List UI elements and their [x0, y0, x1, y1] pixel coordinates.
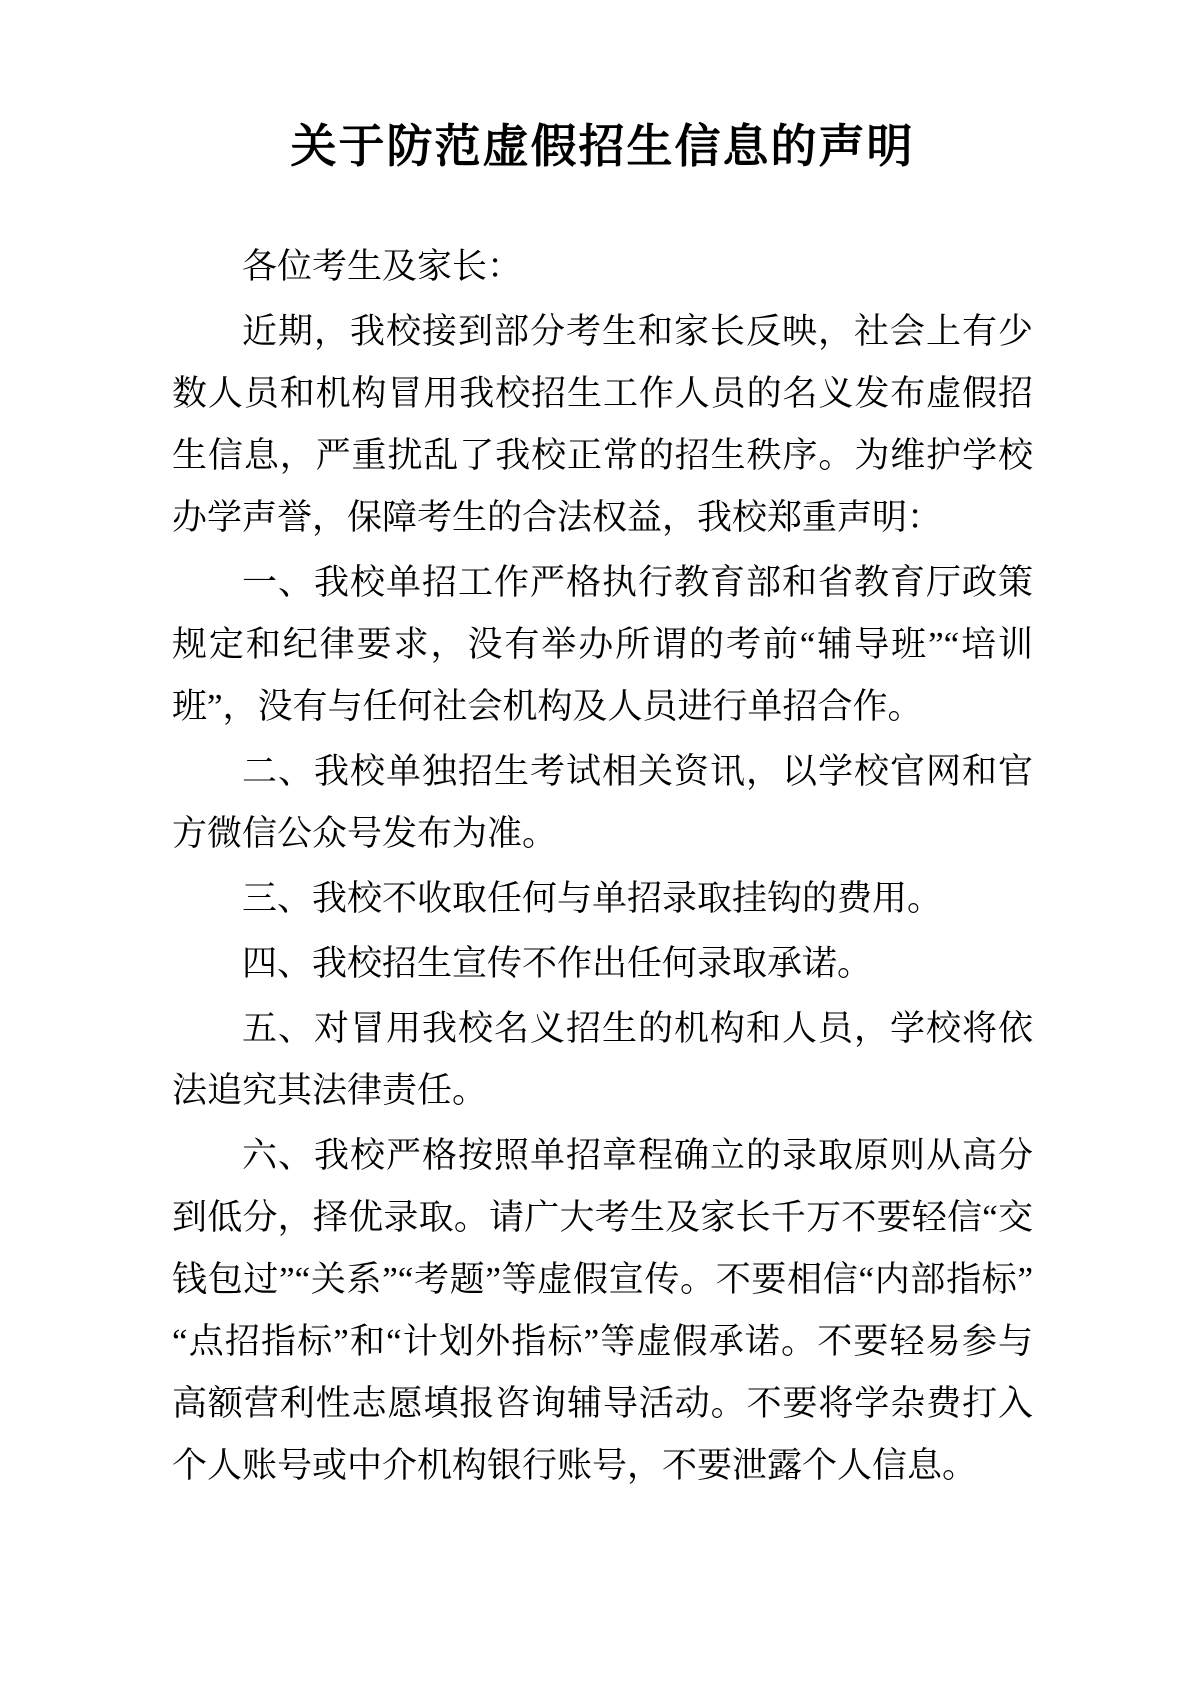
statement-item-5: 五、对冒用我校名义招生的机构和人员，学校将依法追究其法律责任。	[172, 998, 1033, 1122]
document-body: 各位考生及家长： 近期，我校接到部分考生和家长反映，社会上有少数人员和机构冒用我…	[172, 236, 1033, 1497]
statement-item-4: 四、我校招生宣传不作出任何录取承诺。	[172, 933, 1033, 995]
statement-item-3: 三、我校不收取任何与单招录取挂钩的费用。	[172, 868, 1033, 930]
statement-item-1: 一、我校单招工作严格执行教育部和省教育厅政策规定和纪律要求，没有举办所谓的考前“…	[172, 552, 1033, 738]
document-page: 关于防范虚假招生信息的声明 各位考生及家长： 近期，我校接到部分考生和家长反映，…	[0, 0, 1191, 1684]
salutation: 各位考生及家长：	[172, 236, 1033, 298]
statement-item-2: 二、我校单独招生考试相关资讯，以学校官网和官方微信公众号发布为准。	[172, 741, 1033, 865]
paragraph-intro: 近期，我校接到部分考生和家长反映，社会上有少数人员和机构冒用我校招生工作人员的名…	[172, 301, 1033, 549]
statement-item-6: 六、我校严格按照单招章程确立的录取原则从高分到低分，择优录取。请广大考生及家长千…	[172, 1125, 1033, 1497]
document-title: 关于防范虚假招生信息的声明	[172, 118, 1033, 174]
